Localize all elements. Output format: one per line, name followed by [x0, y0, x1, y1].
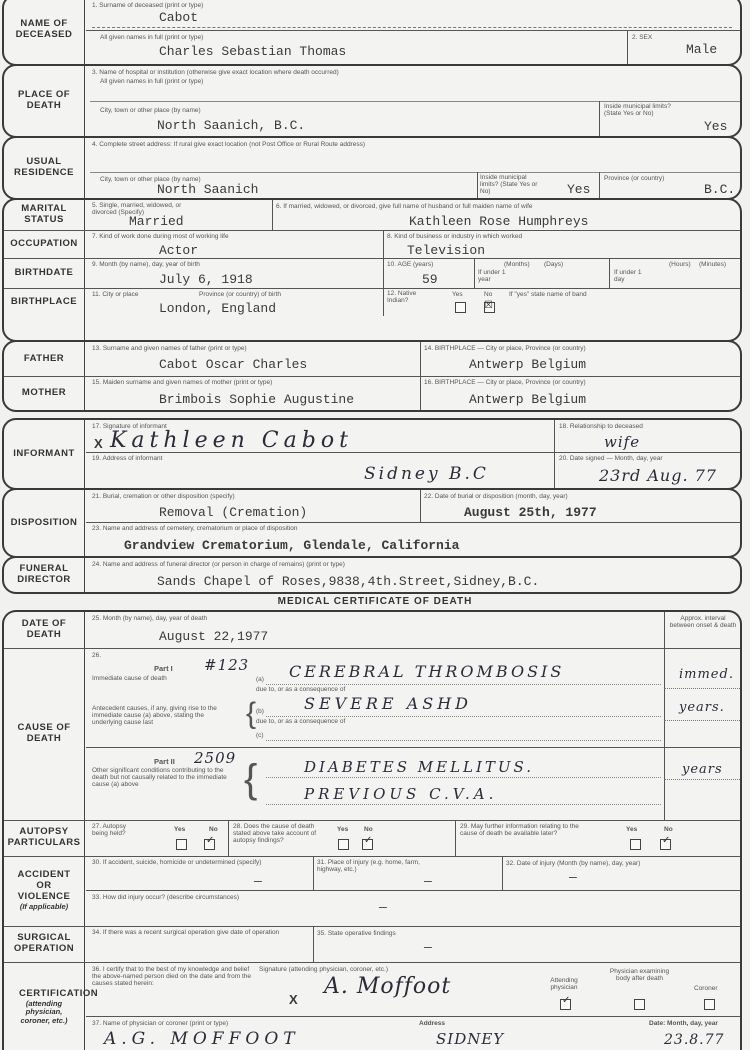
physician-address: SIDNEY — [436, 1030, 504, 1048]
part2-line2-value: PREVIOUS C.V.A. — [304, 785, 497, 803]
accident-q30: 30. If accident, suicide, homicide or un… — [92, 860, 292, 867]
examining-checkbox[interactable] — [634, 999, 645, 1010]
spouse-value: Kathleen Rose Humphreys — [409, 214, 588, 229]
physician-signature-caption: Signature (attending physician, coroner,… — [259, 966, 388, 973]
interval-a-value: immed. — [679, 667, 734, 682]
q30-value: — — [254, 874, 262, 889]
birthdate-value: July 6, 1918 — [159, 272, 253, 287]
city-value: North Saanich — [157, 182, 258, 197]
physician-address-caption: Address — [419, 1020, 445, 1027]
attending-mark: ✓ — [562, 995, 570, 1006]
sex-caption: 2. SEX — [632, 34, 652, 41]
mother-label: MOTHER — [4, 376, 84, 410]
section-label: PLACE OF DEATH — [4, 66, 84, 136]
inside-limits-caption: Inside municipal limits? (State Yes or N… — [604, 104, 674, 118]
city-value: North Saanich, B.C. — [157, 118, 305, 133]
certification-label-text: CERTIFICATION — [19, 989, 69, 1000]
marital-label: MARITAL STATUS — [4, 200, 84, 230]
given-names-value: Charles Sebastian Thomas — [159, 44, 346, 59]
cause-of-death-label: CAUSE OF DEATH — [4, 648, 84, 820]
bracket-b: { — [246, 697, 256, 731]
mother-birthplace-caption: 16. BIRTHPLACE — City or place, Province… — [424, 379, 586, 386]
part1-code: #123 — [204, 656, 249, 674]
q28-no-caption: No — [364, 826, 373, 833]
q33-value: — — [379, 900, 387, 915]
signature-x: X — [94, 436, 103, 451]
coroner-checkbox[interactable] — [704, 999, 715, 1010]
province-value: B.C. — [704, 182, 735, 197]
section-usual-residence: USUAL RESIDENCE 4. Complete street addre… — [2, 136, 742, 200]
relationship-value: wife — [604, 433, 640, 451]
spouse-caption: 6. If married, widowed, or divorced, giv… — [276, 203, 533, 210]
part2-line1-value: DIABETES MELLITUS. — [304, 758, 534, 776]
section-personal-block: MARITAL STATUS 5. Single, married, widow… — [2, 198, 742, 342]
birthdate-caption: 9. Month (by name), day, year of birth — [92, 261, 200, 268]
industry-caption: 8. Kind of business or industry in which… — [387, 233, 522, 240]
q28-yes-checkbox[interactable] — [338, 839, 349, 850]
bracket-part2: { — [244, 757, 257, 802]
antecedent-caption: Antecedent causes, if any, giving rise t… — [92, 705, 232, 726]
work-value: Actor — [159, 243, 198, 258]
age-value: 59 — [422, 272, 438, 287]
part2-interval-value: years — [682, 762, 723, 777]
due-to-caption-b: due to, or as a consequence of — [256, 718, 345, 725]
section-label: FUNERAL DIRECTOR — [4, 558, 84, 592]
interval-caption: Approx. interval between onset & death — [669, 616, 737, 630]
accident-label-text: ACCIDENT OR VIOLENCE — [14, 870, 74, 903]
funeral-value: Sands Chapel of Roses,9838,4th.Street,Si… — [157, 574, 539, 589]
q27-yes-checkbox[interactable] — [176, 839, 187, 850]
father-name-value: Cabot Oscar Charles — [159, 357, 307, 372]
section-name-of-deceased: NAME OF DECEASED 1. Surname of deceased … — [2, 0, 742, 66]
certification-label: CERTIFICATION (attending physician, coro… — [4, 962, 84, 1050]
section-label: INFORMANT — [4, 420, 84, 488]
accident-q33: 33. How did injury occur? (describe circ… — [92, 894, 239, 901]
other-conditions-caption: Other significant conditions contributin… — [92, 767, 237, 788]
interval-b-value: years. — [679, 700, 725, 715]
industry-value: Television — [407, 243, 485, 258]
section-label: DISPOSITION — [4, 490, 84, 556]
disposition-type-caption: 21. Burial, cremation or other dispositi… — [92, 493, 235, 500]
section-disposition: DISPOSITION 21. Burial, cremation or oth… — [2, 488, 742, 558]
father-name-caption: 13. Surname and given names of father (p… — [92, 345, 247, 352]
birthplace-label: BIRTHPLACE — [4, 288, 84, 316]
mother-birthplace-value: Antwerp Belgium — [469, 392, 586, 407]
part2-caption: Part II — [154, 757, 175, 766]
date-signed-caption: 20. Date signed — Month, day, year — [559, 455, 663, 462]
days-caption: (Days) — [544, 261, 563, 268]
attending-caption: Attending physician — [539, 978, 589, 992]
q28-no-mark: ✓ — [364, 835, 372, 846]
work-caption: 7. Kind of work done during most of work… — [92, 233, 229, 240]
death-certificate: NAME OF DECEASED 1. Surname of deceased … — [0, 0, 750, 1050]
disposition-place-caption: 23. Name and address of cemetery, cremat… — [92, 525, 297, 532]
section-parents: FATHER 13. Surname and given names of fa… — [2, 340, 742, 412]
section-informant: INFORMANT 17. Signature of informant X K… — [2, 418, 742, 490]
hospital-caption: 3. Name of hospital or institution (othe… — [92, 69, 339, 76]
antecedent-b-value: SEVERE ASHD — [304, 694, 472, 713]
mother-name-caption: 15. Maiden surname and given names of mo… — [92, 379, 272, 386]
birthplace-city-caption: 11. City or place — [92, 291, 138, 298]
minutes-caption: (Minutes) — [699, 261, 726, 268]
surgical-q34: 34. If there was a recent surgical opera… — [92, 930, 282, 937]
mother-name-value: Brimbois Sophie Augustine — [159, 392, 354, 407]
date-signed-value: 23rd Aug. 77 — [599, 466, 717, 485]
line-c-marker: (c) — [256, 732, 264, 739]
section-place-of-death: PLACE OF DEATH 3. Name of hospital or in… — [2, 64, 742, 138]
disposition-date-value: August 25th, 1977 — [464, 505, 597, 520]
hospital-given-caption: All given names in full (print or type) — [100, 78, 203, 85]
q29-yes-checkbox[interactable] — [630, 839, 641, 850]
section-label: NAME OF DECEASED — [4, 0, 84, 64]
date-of-death-label: DATE OF DEATH — [4, 612, 84, 648]
city-caption: City, town or other place (by name) — [100, 107, 201, 114]
hours-caption: (Hours) — [669, 261, 691, 268]
given-names-caption: All given names in full (print or type) — [100, 34, 203, 41]
inside-limits-value: Yes — [704, 119, 727, 134]
section-label: USUAL RESIDENCE — [4, 138, 84, 198]
immediate-cause-caption: Immediate cause of death — [92, 675, 167, 682]
address-caption: 19. Address of informant — [92, 455, 162, 462]
autopsy-q27: 27. Autopsy being held? — [92, 824, 142, 838]
accident-sublabel: (If applicable) — [20, 903, 68, 912]
autopsy-q29: 29. May further information relating to … — [460, 824, 595, 838]
part2-code: 2509 — [194, 749, 236, 767]
surname-value: Cabot — [159, 10, 198, 25]
inside-limits-caption: Inside municipal limits? (State Yes or N… — [480, 175, 540, 195]
address-caption: 4. Complete street address: If rural giv… — [92, 141, 365, 148]
native-yes-caption: Yes — [452, 291, 463, 298]
certification-q37: 37. Name of physician or coroner (print … — [92, 1020, 228, 1027]
address-value: Sidney B.C — [364, 464, 489, 484]
band-caption: If "yes" state name of band — [509, 291, 587, 298]
father-label: FATHER — [4, 342, 84, 376]
occupation-label: OCCUPATION — [4, 230, 84, 258]
certification-date: 23.8.77 — [664, 1032, 724, 1048]
disposition-place-value: Grandview Crematorium, Glendale, Califor… — [124, 538, 459, 553]
line-b-marker: (b) — [256, 708, 264, 715]
q29-yes-caption: Yes — [626, 826, 637, 833]
date-of-death-caption: 25. Month (by name), day, year of death — [92, 615, 207, 622]
native-caption: 12. Native Indian? — [387, 291, 421, 305]
under-year-caption: If under 1 year — [478, 270, 514, 284]
accident-q32: 32. Date of injury (Month (by name), day… — [506, 860, 640, 867]
disposition-type-value: Removal (Cremation) — [159, 505, 307, 520]
section-funeral-director: FUNERAL DIRECTOR 24. Name and address of… — [2, 556, 742, 594]
birthplace-province-caption: Province (or country) of birth — [199, 291, 281, 298]
physician-signature-x: X — [289, 992, 298, 1007]
autopsy-label: AUTOPSY PARTICULARS — [4, 820, 84, 856]
relationship-caption: 18. Relationship to deceased — [559, 423, 643, 430]
native-no-mark: ☒ — [484, 300, 493, 311]
q35-value: — — [424, 940, 432, 955]
province-caption: Province (or country) — [604, 175, 664, 182]
immediate-cause-value: CEREBRAL THROMBOSIS — [289, 662, 564, 681]
q27-no-caption: No — [209, 826, 218, 833]
marital-value: Married — [129, 214, 184, 229]
certification-q36: 36. I certify that to the best of my kno… — [92, 966, 252, 987]
q27-yes-caption: Yes — [174, 826, 185, 833]
physician-name: A.G. MOFFOOT — [104, 1029, 300, 1049]
sex-value: Male — [686, 42, 717, 57]
months-caption: (Months) — [504, 261, 530, 268]
q27-no-mark: ✓ — [206, 835, 214, 846]
certification-sublabel: (attending physician, coroner, etc.) — [15, 1000, 73, 1026]
accident-label: ACCIDENT OR VIOLENCE (If applicable) — [4, 856, 84, 926]
q31-value: — — [424, 874, 432, 889]
surgical-label: SURGICAL OPERATION — [4, 926, 84, 962]
informant-signature: Kathleen Cabot — [110, 428, 353, 453]
physician-signature: A. Moffoot — [324, 974, 451, 999]
native-no-caption: No — [484, 291, 492, 298]
line-a-marker: (a) — [256, 676, 264, 683]
inside-limits-value: Yes — [567, 182, 590, 197]
medical-certificate-title: MEDICAL CERTIFICATE OF DEATH — [0, 596, 750, 607]
native-yes-checkbox[interactable] — [455, 302, 466, 313]
q29-no-caption: No — [664, 826, 673, 833]
q29-no-mark: ✓ — [662, 835, 670, 846]
surname-caption: 1. Surname of deceased (print or type) — [92, 2, 203, 9]
certification-date-caption: Date: Month, day, year — [649, 1020, 718, 1027]
part1-caption: Part I — [154, 664, 173, 673]
q28-yes-caption: Yes — [337, 826, 348, 833]
birthplace-value: London, England — [159, 301, 276, 316]
disposition-date-caption: 22. Date of burial or disposition (month… — [424, 493, 568, 500]
coroner-caption: Coroner — [694, 985, 717, 992]
section-medical-certificate: DATE OF DEATH 25. Month (by name), day, … — [2, 610, 742, 1050]
father-birthplace-value: Antwerp Belgium — [469, 357, 586, 372]
examining-caption: Physician examining body after death — [602, 969, 677, 983]
q32-value: — — [569, 870, 577, 885]
age-caption: 10. AGE (years) — [387, 261, 433, 268]
due-to-caption-a: due to, or as a consequence of — [256, 686, 345, 693]
date-of-death-value: August 22,1977 — [159, 629, 268, 644]
funeral-caption: 24. Name and address of funeral director… — [92, 561, 345, 568]
birthdate-label: BIRTHDATE — [4, 258, 84, 288]
autopsy-q28: 28. Does the cause of death stated above… — [233, 824, 323, 844]
accident-q31: 31. Place of injury (e.g. home, farm, hi… — [317, 860, 427, 874]
under-day-caption: If under 1 day — [614, 270, 650, 284]
father-birthplace-caption: 14. BIRTHPLACE — City or place, Province… — [424, 345, 586, 352]
cause-number: 26. — [92, 652, 101, 659]
surgical-q35: 35. State operative findings — [317, 930, 396, 937]
